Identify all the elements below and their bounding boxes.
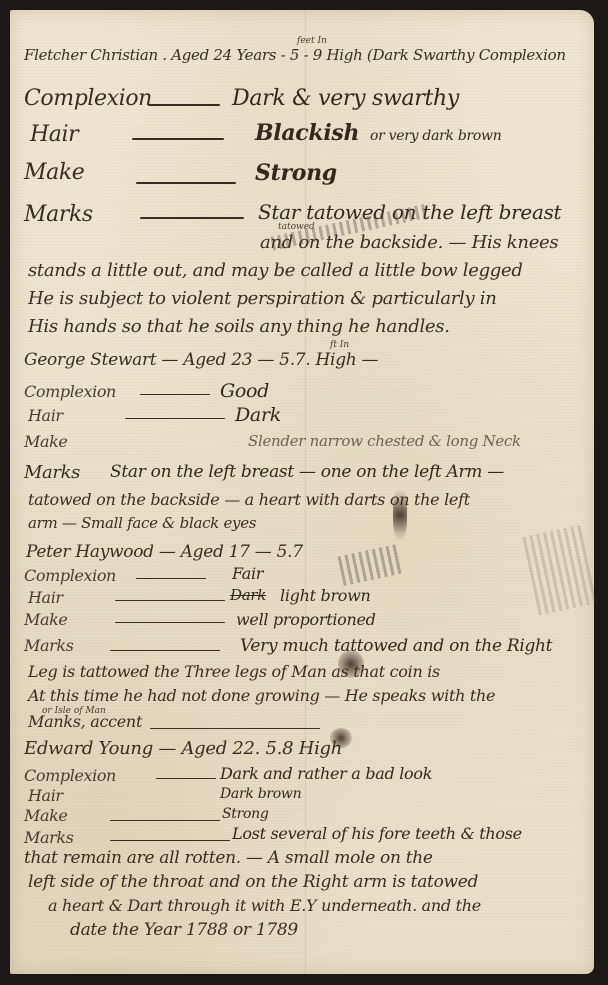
field-label-marks: Marks [24,636,73,655]
continuation-line: that remain are all rotten. — A small mo… [24,848,433,868]
header-superscript: feet In [297,36,327,46]
ink-smear [338,544,403,586]
continuation-line: date the Year 1788 or 1789 [70,920,298,940]
dash-separator [115,600,225,601]
continuation-line: arm — Small face & black eyes [28,514,256,532]
ink-bleed-through [522,525,597,616]
field-label-hair: Hair [28,786,63,805]
field-value-marks: Lost several of his fore teeth & those [232,824,522,843]
dash-separator [132,138,224,140]
entry-header-peter-haywood: Peter Haywood — Aged 17 — 5.7 [26,542,303,562]
field-value-make: Strong [222,806,269,822]
field-label-hair: Hair [28,588,63,607]
continuation-line: He is subject to violent perspiration & … [28,288,497,309]
section-divider [150,728,320,729]
manuscript-page: feet In Fletcher Christian . Aged 24 Yea… [10,10,594,974]
ink-blot [330,728,352,748]
field-value-hair-struck: Dark [230,586,266,604]
continuation-line: Manks, accent [28,712,142,731]
field-label-complexion: Complexion [24,382,116,401]
field-value-hair-extra: or very dark brown [370,128,501,144]
continuation-line: stands a little out, and may be called a… [28,260,523,281]
field-value-complexion: Good [220,380,269,402]
field-label-make: Make [24,432,68,451]
dash-separator [136,578,206,579]
dash-separator [156,778,216,779]
field-value-make: Strong [255,160,337,186]
dash-separator [136,182,236,184]
field-label-complexion: Complexion [24,766,116,785]
entry-header-fletcher-christian: Fletcher Christian . Aged 24 Years - 5 -… [24,46,566,64]
field-label-make: Make [24,610,68,629]
header-superscript: ft In [330,340,349,350]
field-value-complexion: Fair [232,564,263,583]
continuation-line: left side of the throat and on the Right… [28,872,478,892]
field-label-make: Make [24,806,68,825]
field-label-marks: Marks [24,202,93,227]
field-value-complexion: Dark & very swarthy [232,86,459,111]
continuation-line: At this time he had not done growing — H… [28,686,495,705]
continuation-line: His hands so that he soils any thing he … [28,316,450,337]
field-label-hair: Hair [30,122,78,147]
field-label-marks: Marks [24,828,73,847]
field-label-complexion: Complexion [24,566,116,585]
continuation-line: a heart & Dart through it with E.Y under… [48,896,481,915]
field-label-make: Make [24,160,84,185]
ink-blot [338,650,364,678]
dash-separator [140,394,210,395]
dash-separator [110,820,220,821]
field-value-hair: Dark [235,404,281,426]
field-value-complexion: Dark and rather a bad look [220,764,432,783]
dash-separator [110,650,220,651]
field-label-hair: Hair [28,406,63,425]
dash-separator [148,104,220,106]
field-value-marks: Very much tattowed and on the Right [240,636,552,656]
field-value-hair: Blackish [255,120,359,146]
entry-header-edward-young: Edward Young — Aged 22. 5.8 High [24,738,342,759]
field-label-marks: Marks [24,462,80,483]
dash-separator [125,418,225,419]
field-value-marks: Star on the left breast — one on the lef… [110,462,504,482]
field-value-hair: Dark brown [220,786,301,802]
ink-blot [393,490,407,540]
field-label-complexion: Complexion [24,86,152,111]
dash-separator [140,217,244,219]
field-value-make: well proportioned [236,610,376,629]
entry-header-george-stewart: George Stewart — Aged 23 — 5.7. High — [24,350,378,370]
field-value-make: Slender narrow chested & long Neck [248,432,521,450]
dash-separator [115,622,225,623]
dash-separator [110,840,230,841]
field-value-hair: light brown [280,586,371,605]
continuation-line: Leg is tattowed the Three legs of Man as… [28,662,440,681]
